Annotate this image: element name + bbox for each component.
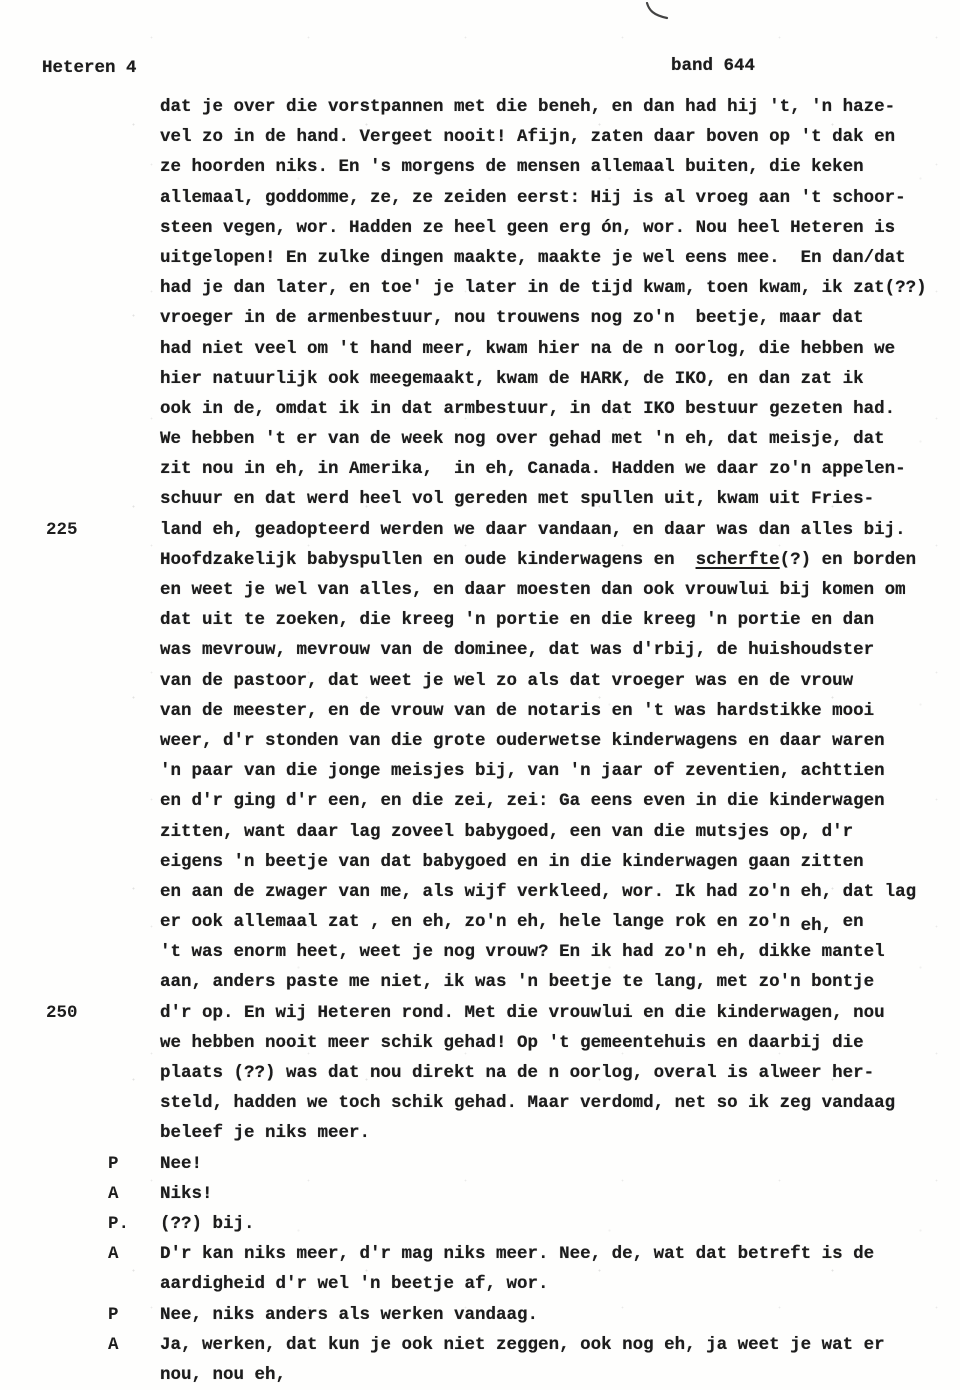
- line-text: zitten, want daar lag zoveel babygoed, e…: [160, 817, 853, 847]
- text-segment: schuur en dat werd heel vol gereden met …: [160, 489, 874, 509]
- pen-stroke-mark: [643, 2, 673, 24]
- transcript-line: AJa, werken, dat kun je ook niet zeggen,…: [0, 1330, 960, 1360]
- line-text: D'r kan niks meer, d'r mag niks meer. Ne…: [160, 1239, 874, 1269]
- text-segment: en weet je wel van alles, en daar moeste…: [160, 580, 906, 600]
- transcript-line: weer, d'r stonden van die grote ouderwet…: [0, 726, 960, 756]
- band-number: band 644: [671, 56, 755, 76]
- transcript-line: allemaal, goddomme, ze, ze zeiden eerst:…: [0, 183, 960, 213]
- line-text: aan, anders paste me niet, ik was 'n bee…: [160, 967, 874, 997]
- line-text: eigens 'n beetje van dat babygoed en in …: [160, 847, 864, 877]
- transcript-line: was mevrouw, mevrouw van de dominee, dat…: [0, 635, 960, 665]
- speaker-label: P: [108, 1149, 119, 1179]
- text-segment: had niet veel om 't hand meer, kwam hier…: [160, 339, 895, 359]
- line-text: Hoofdzakelijk babyspullen en oude kinder…: [160, 545, 916, 575]
- text-segment: aan, anders paste me niet, ik was 'n bee…: [160, 972, 874, 992]
- speaker-label: A: [108, 1179, 119, 1209]
- transcript-line: 225land eh, geadopteerd werden we daar v…: [0, 515, 960, 545]
- line-text: land eh, geadopteerd werden we daar vand…: [160, 515, 906, 545]
- text-segment: 't was enorm heet, weet je nog vrouw? En…: [160, 942, 885, 962]
- text-segment: we hebben nooit meer schik gehad! Op 't …: [160, 1033, 864, 1053]
- transcript-line: ze hoorden niks. En 's morgens de mensen…: [0, 152, 960, 182]
- transcript-line: zitten, want daar lag zoveel babygoed, e…: [0, 817, 960, 847]
- line-text: van de pastoor, dat weet je wel zo als d…: [160, 666, 853, 696]
- transcript-line: dat uit te zoeken, die kreeg 'n portie e…: [0, 605, 960, 635]
- text-segment: Niks!: [160, 1184, 213, 1204]
- line-text: Nee!: [160, 1149, 202, 1179]
- line-text: steld, hadden we toch schik gehad. Maar …: [160, 1088, 895, 1118]
- speaker-label: P.: [108, 1209, 129, 1239]
- text-segment: dat uit te zoeken, die kreeg 'n portie e…: [160, 610, 874, 630]
- text-segment: d'r op. En wij Heteren rond. Met die vro…: [160, 1003, 885, 1023]
- transcript-line: plaats (??) was dat nou direkt na de n o…: [0, 1058, 960, 1088]
- text-segment: (??) bij.: [160, 1214, 255, 1234]
- text-segment: ze hoorden niks. En 's morgens de mensen…: [160, 157, 864, 177]
- text-segment: 'n paar van die jonge meisjes bij, van '…: [160, 761, 885, 781]
- text-segment: plaats (??) was dat nou direkt na de n o…: [160, 1063, 874, 1083]
- text-segment: aardigheid d'r wel 'n beetje af, wor.: [160, 1274, 549, 1294]
- line-text: schuur en dat werd heel vol gereden met …: [160, 484, 874, 514]
- text-segment: zitten, want daar lag zoveel babygoed, e…: [160, 822, 853, 842]
- line-text: van de meester, en de vrouw van de notar…: [160, 696, 874, 726]
- line-text: had je dan later, en toe' je later in de…: [160, 273, 927, 303]
- line-text: ook in de, omdat ik in dat armbestuur, i…: [160, 394, 895, 424]
- text-segment: steen vegen, wor. Hadden ze heel geen er…: [160, 218, 895, 238]
- text-segment: van de pastoor, dat weet je wel zo als d…: [160, 671, 853, 691]
- text-segment: was mevrouw, mevrouw van de dominee, dat…: [160, 640, 874, 660]
- line-text: en aan de zwager van me, als wijf verkle…: [160, 877, 916, 907]
- transcript-line: schuur en dat werd heel vol gereden met …: [0, 484, 960, 514]
- line-text: We hebben 't er van de week nog over geh…: [160, 424, 885, 454]
- line-text: 'n paar van die jonge meisjes bij, van '…: [160, 756, 885, 786]
- line-text: was mevrouw, mevrouw van de dominee, dat…: [160, 635, 874, 665]
- transcript-line: er ook allemaal zat , en eh, zo'n eh, he…: [0, 907, 960, 937]
- line-text: nou, nou eh,: [160, 1360, 286, 1390]
- transcript-line: PNee, niks anders als werken vandaag.: [0, 1300, 960, 1330]
- transcript-line: had je dan later, en toe' je later in de…: [0, 273, 960, 303]
- speaker-label: P: [108, 1300, 119, 1330]
- transcript-line: aardigheid d'r wel 'n beetje af, wor.: [0, 1269, 960, 1299]
- line-text: allemaal, goddomme, ze, ze zeiden eerst:…: [160, 183, 906, 213]
- line-text: (??) bij.: [160, 1209, 255, 1239]
- line-text: dat je over die vorstpannen met die bene…: [160, 92, 895, 122]
- transcript-line: PNee!: [0, 1149, 960, 1179]
- transcript-line: vel zo in de hand. Vergeet nooit! Afijn,…: [0, 122, 960, 152]
- transcript-line: Hoofdzakelijk babyspullen en oude kinder…: [0, 545, 960, 575]
- transcript-line: We hebben 't er van de week nog over geh…: [0, 424, 960, 454]
- transcript-line: van de pastoor, dat weet je wel zo als d…: [0, 666, 960, 696]
- text-segment: en: [832, 912, 864, 932]
- transcript-line: 250d'r op. En wij Heteren rond. Met die …: [0, 998, 960, 1028]
- line-text: vroeger in de armenbestuur, nou trouwens…: [160, 303, 864, 333]
- line-text: had niet veel om 't hand meer, kwam hier…: [160, 334, 895, 364]
- line-text: dat uit te zoeken, die kreeg 'n portie e…: [160, 605, 874, 635]
- transcript-line: aan, anders paste me niet, ik was 'n bee…: [0, 967, 960, 997]
- text-segment: en aan de zwager van me, als wijf verkle…: [160, 882, 916, 902]
- transcript-line: 'n paar van die jonge meisjes bij, van '…: [0, 756, 960, 786]
- text-segment: beleef je niks meer.: [160, 1123, 370, 1143]
- transcript-line: beleef je niks meer.: [0, 1118, 960, 1148]
- transcript-line: hier natuurlijk ook meegemaakt, kwam de …: [0, 364, 960, 394]
- underlined-word: scherfte: [696, 550, 780, 570]
- text-segment: vroeger in de armenbestuur, nou trouwens…: [160, 308, 864, 328]
- text-segment: er ook allemaal zat , en eh, zo'n eh, he…: [160, 912, 801, 932]
- line-text: 't was enorm heet, weet je nog vrouw? En…: [160, 937, 885, 967]
- text-segment: We hebben 't er van de week nog over geh…: [160, 429, 885, 449]
- text-segment: hier natuurlijk ook meegemaakt, kwam de …: [160, 369, 864, 389]
- text-segment: had je dan later, en toe' je later in de…: [160, 278, 927, 298]
- text-segment: weer, d'r stonden van die grote ouderwet…: [160, 731, 885, 751]
- text-segment: Nee!: [160, 1154, 202, 1174]
- line-text: beleef je niks meer.: [160, 1118, 370, 1148]
- text-segment: dat je over die vorstpannen met die bene…: [160, 97, 895, 117]
- line-text: er ook allemaal zat , en eh, zo'n eh, he…: [160, 907, 864, 937]
- text-segment: eh,: [801, 916, 833, 936]
- transcript-line: steld, hadden we toch schik gehad. Maar …: [0, 1088, 960, 1118]
- transcript-line: steen vegen, wor. Hadden ze heel geen er…: [0, 213, 960, 243]
- line-text: en weet je wel van alles, en daar moeste…: [160, 575, 906, 605]
- transcript-line: en d'r ging d'r een, en die zei, zei: Ga…: [0, 786, 960, 816]
- transcript-line: dat je over die vorstpannen met die bene…: [0, 92, 960, 122]
- line-text: weer, d'r stonden van die grote ouderwet…: [160, 726, 885, 756]
- transcript-line: vroeger in de armenbestuur, nou trouwens…: [0, 303, 960, 333]
- transcript-line: 't was enorm heet, weet je nog vrouw? En…: [0, 937, 960, 967]
- line-text: steen vegen, wor. Hadden ze heel geen er…: [160, 213, 895, 243]
- line-text: plaats (??) was dat nou direkt na de n o…: [160, 1058, 874, 1088]
- text-segment: Nee, niks anders als werken vandaag.: [160, 1305, 538, 1325]
- transcript-line: en aan de zwager van me, als wijf verkle…: [0, 877, 960, 907]
- transcript-line: we hebben nooit meer schik gehad! Op 't …: [0, 1028, 960, 1058]
- text-segment: Ja, werken, dat kun je ook niet zeggen, …: [160, 1335, 885, 1355]
- scanned-transcript-page: Heteren 4 band 644 dat je over die vorst…: [0, 0, 960, 1390]
- transcript-line: uitgelopen! En zulke dingen maakte, maak…: [0, 243, 960, 273]
- margin-line-number: 250: [46, 998, 78, 1028]
- text-segment: allemaal, goddomme, ze, ze zeiden eerst:…: [160, 188, 906, 208]
- transcript-line: ook in de, omdat ik in dat armbestuur, i…: [0, 394, 960, 424]
- text-segment: Hoofdzakelijk babyspullen en oude kinder…: [160, 550, 696, 570]
- transcript-line: nou, nou eh,: [0, 1360, 960, 1390]
- line-text: d'r op. En wij Heteren rond. Met die vro…: [160, 998, 885, 1028]
- speaker-label: A: [108, 1239, 119, 1269]
- transcript-line: zit nou in eh, in Amerika, in eh, Canada…: [0, 454, 960, 484]
- transcript-line: van de meester, en de vrouw van de notar…: [0, 696, 960, 726]
- text-segment: eigens 'n beetje van dat babygoed en in …: [160, 852, 864, 872]
- speaker-label: A: [108, 1330, 119, 1360]
- text-segment: uitgelopen! En zulke dingen maakte, maak…: [160, 248, 906, 268]
- text-segment: land eh, geadopteerd werden we daar vand…: [160, 520, 906, 540]
- margin-line-number: 225: [46, 515, 78, 545]
- line-text: vel zo in de hand. Vergeet nooit! Afijn,…: [160, 122, 895, 152]
- transcript-lines: dat je over die vorstpannen met die bene…: [0, 92, 960, 1390]
- line-text: Nee, niks anders als werken vandaag.: [160, 1300, 538, 1330]
- line-text: uitgelopen! En zulke dingen maakte, maak…: [160, 243, 906, 273]
- transcript-line: had niet veel om 't hand meer, kwam hier…: [0, 334, 960, 364]
- line-text: ze hoorden niks. En 's morgens de mensen…: [160, 152, 864, 182]
- line-text: hier natuurlijk ook meegemaakt, kwam de …: [160, 364, 864, 394]
- transcript-line: en weet je wel van alles, en daar moeste…: [0, 575, 960, 605]
- text-segment: (?) en borden: [780, 550, 917, 570]
- text-segment: D'r kan niks meer, d'r mag niks meer. Ne…: [160, 1244, 874, 1264]
- transcript-line: AD'r kan niks meer, d'r mag niks meer. N…: [0, 1239, 960, 1269]
- page-title: Heteren 4: [42, 58, 137, 78]
- transcript-line: eigens 'n beetje van dat babygoed en in …: [0, 847, 960, 877]
- text-segment: zit nou in eh, in Amerika, in eh, Canada…: [160, 459, 906, 479]
- line-text: we hebben nooit meer schik gehad! Op 't …: [160, 1028, 864, 1058]
- line-text: Niks!: [160, 1179, 213, 1209]
- text-segment: vel zo in de hand. Vergeet nooit! Afijn,…: [160, 127, 895, 147]
- line-text: aardigheid d'r wel 'n beetje af, wor.: [160, 1269, 549, 1299]
- text-segment: van de meester, en de vrouw van de notar…: [160, 701, 874, 721]
- text-segment: steld, hadden we toch schik gehad. Maar …: [160, 1093, 895, 1113]
- transcript-line: P.(??) bij.: [0, 1209, 960, 1239]
- text-segment: nou, nou eh,: [160, 1365, 286, 1385]
- transcript-line: ANiks!: [0, 1179, 960, 1209]
- line-text: en d'r ging d'r een, en die zei, zei: Ga…: [160, 786, 885, 816]
- text-segment: en d'r ging d'r een, en die zei, zei: Ga…: [160, 791, 885, 811]
- line-text: Ja, werken, dat kun je ook niet zeggen, …: [160, 1330, 885, 1360]
- line-text: zit nou in eh, in Amerika, in eh, Canada…: [160, 454, 906, 484]
- text-segment: ook in de, omdat ik in dat armbestuur, i…: [160, 399, 895, 419]
